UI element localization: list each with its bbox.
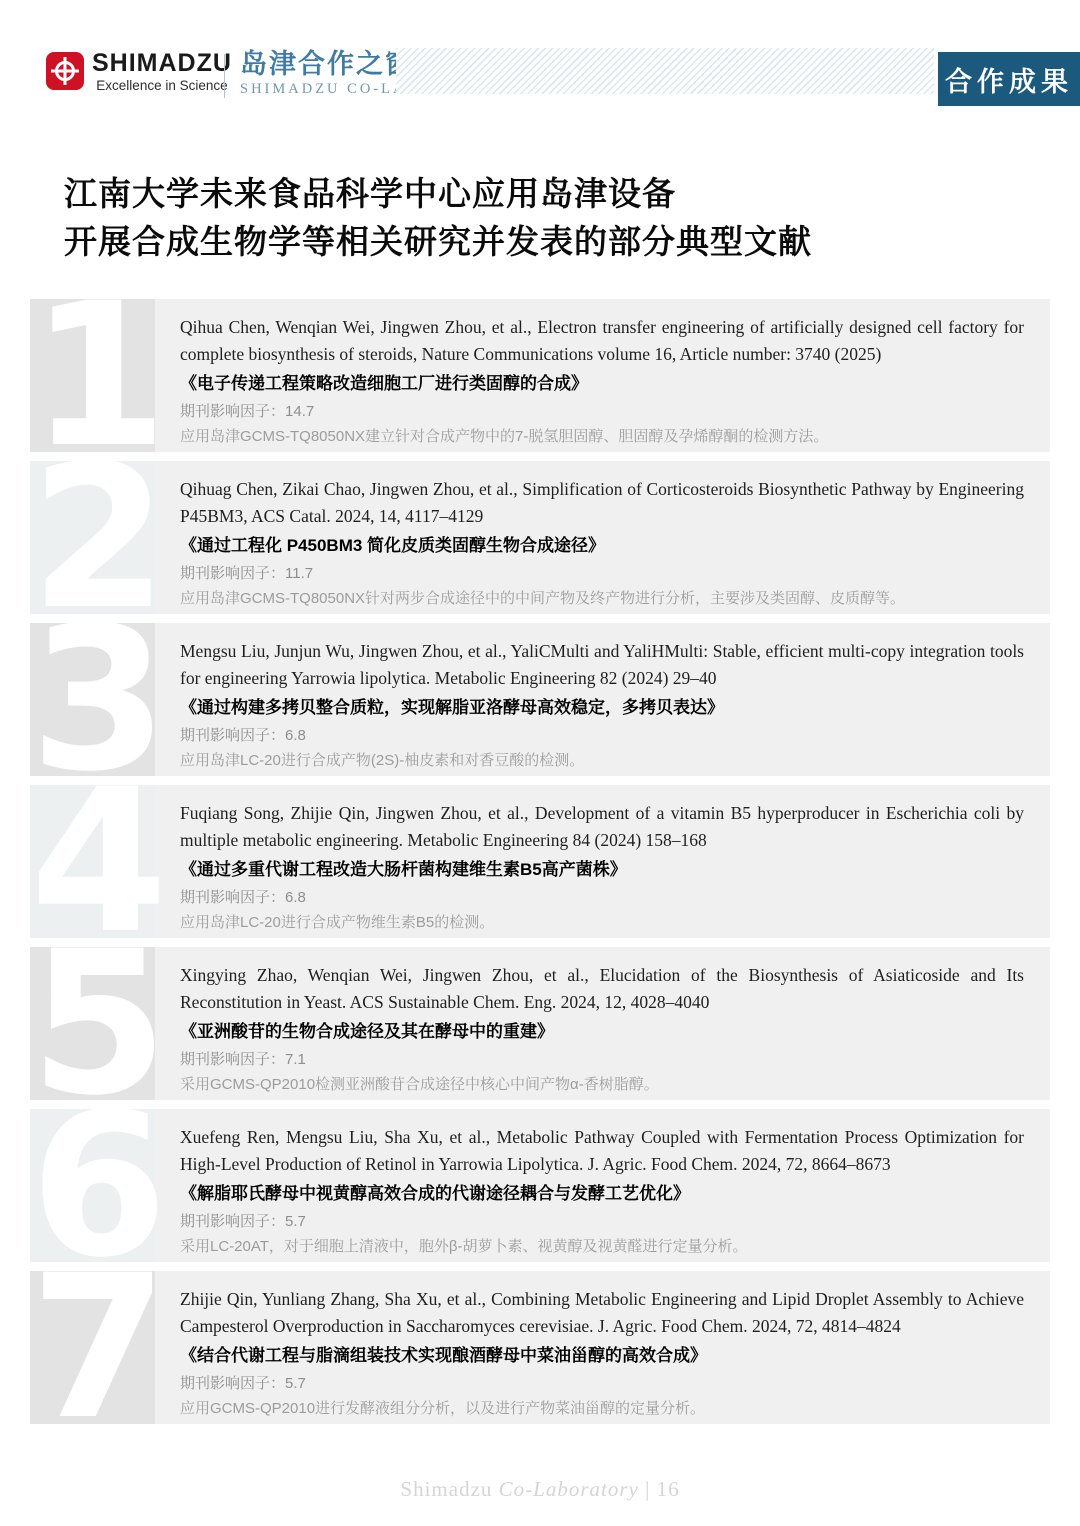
page-title: 江南大学未来食品科学中心应用岛津设备 开展合成生物学等相关研究并发表的部分典型文… [64,170,1024,266]
impact-factor-label: 期刊影响因子： [180,889,285,906]
section-badge: 合作成果 [938,52,1080,106]
colab-title-en: SHIMADZU CO-LAB [240,81,419,98]
citation-text: Qihuag Chen, Zikai Chao, Jingwen Zhou, e… [180,476,1024,530]
citation-title-cn: 《结合代谢工程与脂滴组装技术实现酿酒酵母中菜油甾醇的高效合成》 [180,1344,1024,1368]
application-note: 应用GCMS-QP2010进行发酵液组分分析，以及进行产物菜油甾醇的定量分析。 [180,1399,1024,1419]
impact-factor-label: 期刊影响因子： [180,1375,285,1392]
page-title-line1: 江南大学未来食品科学中心应用岛津设备 [64,170,1024,218]
page-footer: Shimadzu Co-Laboratory | 16 [0,1477,1080,1502]
publication-list: 1 Qihua Chen, Wenqian Wei, Jingwen Zhou,… [30,299,1050,1433]
impact-factor-value: 6.8 [285,727,306,744]
citation-text: Zhijie Qin, Yunliang Zhang, Sha Xu, et a… [180,1286,1024,1340]
footer-title: Co-Laboratory [499,1477,639,1501]
brand-tagline: Excellence in Science [92,78,232,93]
application-note: 应用岛津GCMS-TQ8050NX建立针对合成产物中的7-脱氢胆固醇、胆固醇及孕… [180,427,1024,447]
list-item: 4 Fuqiang Song, Zhijie Qin, Jingwen Zhou… [30,785,1050,938]
list-item: 6 Xuefeng Ren, Mengsu Liu, Sha Xu, et al… [30,1109,1050,1262]
citation-title-cn: 《解脂耶氏酵母中视黄醇高效合成的代谢途径耦合与发酵工艺优化》 [180,1182,1024,1206]
entry-number-block [30,947,155,1100]
entry-number-block [30,1271,155,1424]
entry-number-block [30,1109,155,1262]
impact-factor-value: 14.7 [285,403,314,420]
application-note: 应用岛津LC-20进行合成产物维生素B5的检测。 [180,913,1024,933]
footer-page-number: 16 [657,1477,680,1501]
citation-text: Mengsu Liu, Junjun Wu, Jingwen Zhou, et … [180,638,1024,692]
citation-title-cn: 《通过工程化 P450BM3 简化皮质类固醇生物合成途径》 [180,534,1024,558]
entry-number-block [30,623,155,776]
citation-text: Qihua Chen, Wenqian Wei, Jingwen Zhou, e… [180,314,1024,368]
entry-number-block [30,461,155,614]
impact-factor-label: 期刊影响因子： [180,403,285,420]
diagonal-hatch-band [396,48,934,94]
list-item: 5 Xingying Zhao, Wenqian Wei, Jingwen Zh… [30,947,1050,1100]
citation-title-cn: 《通过构建多拷贝整合质粒，实现解脂亚洛酵母高效稳定，多拷贝表达》 [180,696,1024,720]
impact-factor-value: 5.7 [285,1375,306,1392]
impact-factor-label: 期刊影响因子： [180,1213,285,1230]
colab-title-cn: 岛津合作之窗 [240,50,419,78]
footer-brand: Shimadzu [400,1477,492,1501]
shimadzu-logo-icon [46,52,84,90]
application-note: 应用岛津GCMS-TQ8050NX针对两步合成途径中的中间产物及终产物进行分析，… [180,589,1024,609]
application-note: 应用岛津LC-20进行合成产物(2S)-柚皮素和对香豆酸的检测。 [180,751,1024,771]
shimadzu-brand: SHIMADZU Excellence in Science [46,50,232,93]
list-item: 7 Zhijie Qin, Yunliang Zhang, Sha Xu, et… [30,1271,1050,1424]
citation-text: Fuqiang Song, Zhijie Qin, Jingwen Zhou, … [180,800,1024,854]
entry-number-block [30,299,155,452]
application-note: 采用LC-20AT，对于细胞上清液中，胞外β-胡萝卜素、视黄醇及视黄醛进行定量分… [180,1237,1024,1257]
citation-title-cn: 《通过多重代谢工程改造大肠杆菌构建维生素B5高产菌株》 [180,858,1024,882]
impact-factor-value: 7.1 [285,1051,306,1068]
list-item: 1 Qihua Chen, Wenqian Wei, Jingwen Zhou,… [30,299,1050,452]
impact-factor-value: 11.7 [285,565,313,582]
impact-factor-label: 期刊影响因子： [180,727,285,744]
citation-text: Xuefeng Ren, Mengsu Liu, Sha Xu, et al.,… [180,1124,1024,1178]
impact-factor-value: 5.7 [285,1213,306,1230]
brand-name: SHIMADZU [92,50,232,76]
impact-factor-label: 期刊影响因子： [180,1051,285,1068]
entry-number-block [30,785,155,938]
citation-title-cn: 《亚洲酸苷的生物合成途径及其在酵母中的重建》 [180,1020,1024,1044]
list-item: 3 Mengsu Liu, Junjun Wu, Jingwen Zhou, e… [30,623,1050,776]
page-header: SHIMADZU Excellence in Science 岛津合作之窗 SH… [0,0,1080,130]
citation-title-cn: 《电子传递工程策略改造细胞工厂进行类固醇的合成》 [180,372,1024,396]
header-divider [224,54,225,98]
application-note: 采用GCMS-QP2010检测亚洲酸苷合成途径中核心中间产物α-香树脂醇。 [180,1075,1024,1095]
impact-factor-value: 6.8 [285,889,306,906]
impact-factor-label: 期刊影响因子： [180,565,285,582]
page-title-line2: 开展合成生物学等相关研究并发表的部分典型文献 [64,218,1024,266]
citation-text: Xingying Zhao, Wenqian Wei, Jingwen Zhou… [180,962,1024,1016]
list-item: 2 Qihuag Chen, Zikai Chao, Jingwen Zhou,… [30,461,1050,614]
colab-wordmark: 岛津合作之窗 SHIMADZU CO-LAB [240,50,419,98]
footer-separator: | [645,1477,650,1501]
